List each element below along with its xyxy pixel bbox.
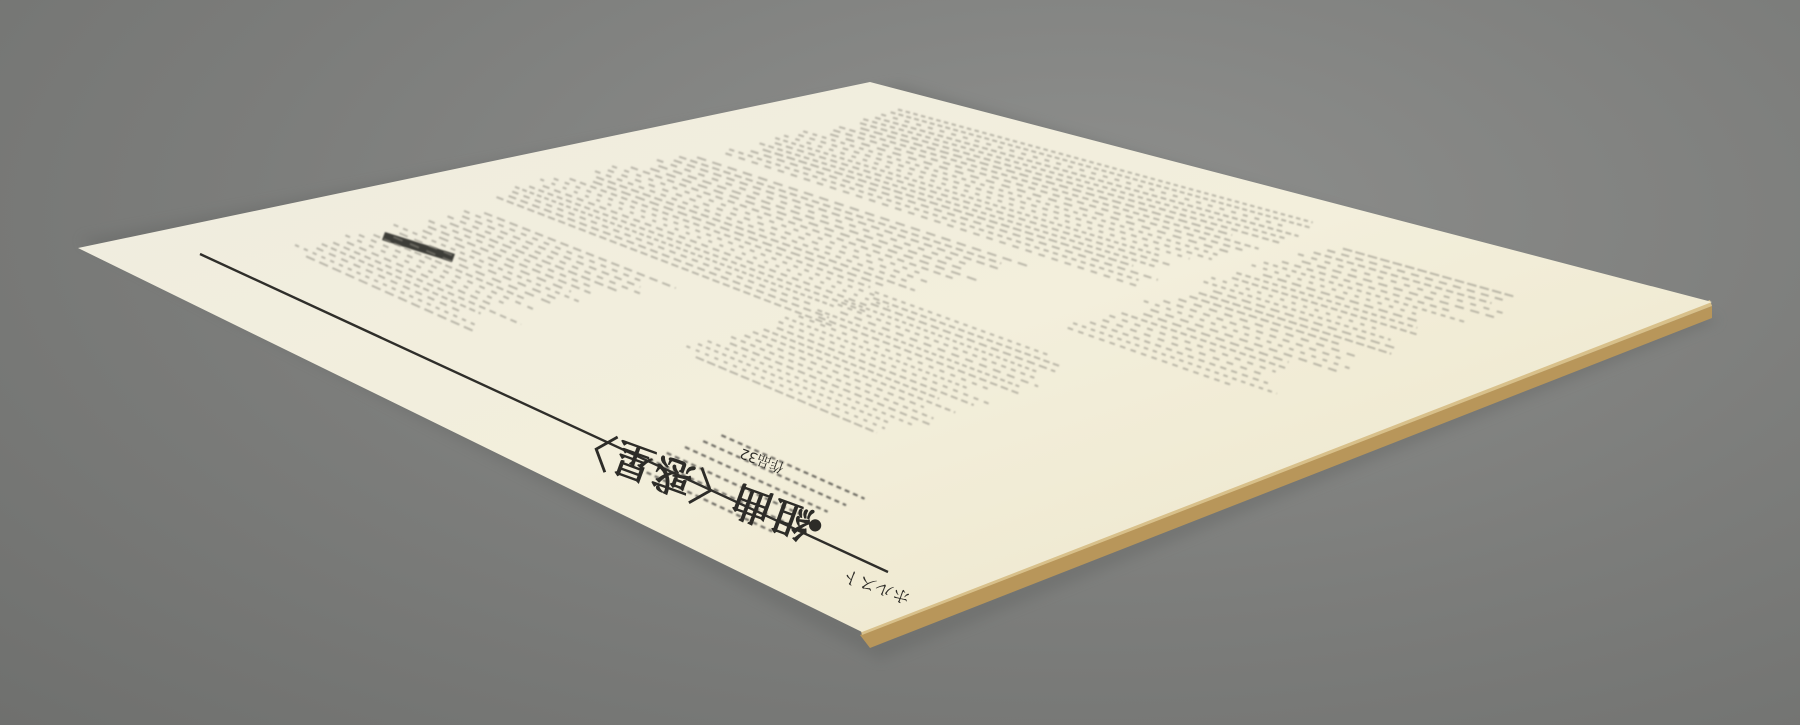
photo-scene: ● 組曲〈惑星〉 ホルスト 作品32: [0, 0, 1800, 725]
sleeve-face: [78, 82, 1712, 632]
sleeve-photo: [0, 0, 1800, 725]
